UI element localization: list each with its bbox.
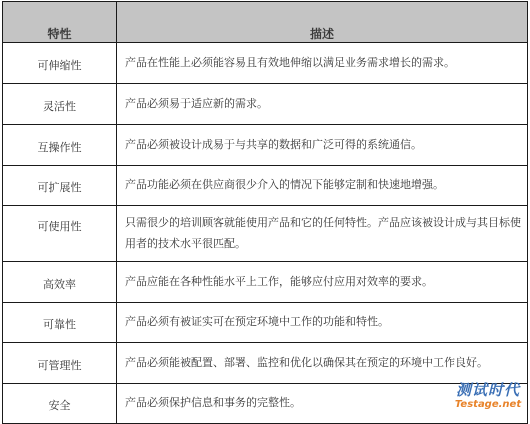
watermark-logo: 测试时代 Testage.net <box>447 382 529 411</box>
table-header-row: 特性 描述 <box>3 2 528 43</box>
feature-cell: 安全 <box>3 384 117 424</box>
feature-cell: 可靠性 <box>3 303 117 343</box>
feature-table: 特性 描述 可伸缩性 产品在性能上必须能容易且有效地伸缩以满足业务需求增长的需求… <box>2 1 528 424</box>
table-row: 可伸缩性 产品在性能上必须能容易且有效地伸缩以满足业务需求增长的需求。 <box>3 43 528 84</box>
table-row: 灵活性 产品必须易于适应新的需求。 <box>3 84 528 125</box>
feature-cell: 高效率 <box>3 262 117 303</box>
header-feature: 特性 <box>3 2 117 43</box>
description-cell: 产品必须易于适应新的需求。 <box>117 84 528 125</box>
description-cell: 产品在性能上必须能容易且有效地伸缩以满足业务需求增长的需求。 <box>117 43 528 84</box>
feature-cell: 可伸缩性 <box>3 43 117 84</box>
feature-cell: 灵活性 <box>3 84 117 125</box>
feature-cell: 可管理性 <box>3 343 117 384</box>
table-row: 可扩展性 产品功能必须在供应商很少介入的情况下能够定制和快速地增强。 <box>3 166 528 206</box>
description-cell: 产品必须有被证实可在预定环境中工作的功能和特性。 <box>117 303 528 343</box>
description-cell: 产品应能在各种性能水平上工作，能够应付应用对效率的要求。 <box>117 262 528 303</box>
table-row: 高效率 产品应能在各种性能水平上工作，能够应付应用对效率的要求。 <box>3 262 528 303</box>
watermark-en-text: Testage.net <box>447 399 529 411</box>
table-row: 可靠性 产品必须有被证实可在预定环境中工作的功能和特性。 <box>3 303 528 343</box>
description-cell: 只需很少的培训顾客就能使用产品和它的任何特性。产品应该被设计成与其目标使用者的技… <box>117 206 528 262</box>
header-description: 描述 <box>117 2 528 43</box>
table-row: 可使用性 只需很少的培训顾客就能使用产品和它的任何特性。产品应该被设计成与其目标… <box>3 206 528 262</box>
table-row: 可管理性 产品必须能被配置、部署、监控和优化以确保其在预定的环境中工作良好。 <box>3 343 528 384</box>
description-cell: 产品必须能被配置、部署、监控和优化以确保其在预定的环境中工作良好。 <box>117 343 528 384</box>
feature-cell: 可扩展性 <box>3 166 117 206</box>
feature-cell: 可使用性 <box>3 206 117 262</box>
feature-cell: 互操作性 <box>3 125 117 166</box>
table-row: 互操作性 产品必须被设计成易于与共享的数据和广泛可得的系统通信。 <box>3 125 528 166</box>
description-cell: 产品功能必须在供应商很少介入的情况下能够定制和快速地增强。 <box>117 166 528 206</box>
description-cell: 产品必须被设计成易于与共享的数据和广泛可得的系统通信。 <box>117 125 528 166</box>
watermark-cn-text: 测试时代 <box>447 382 529 399</box>
